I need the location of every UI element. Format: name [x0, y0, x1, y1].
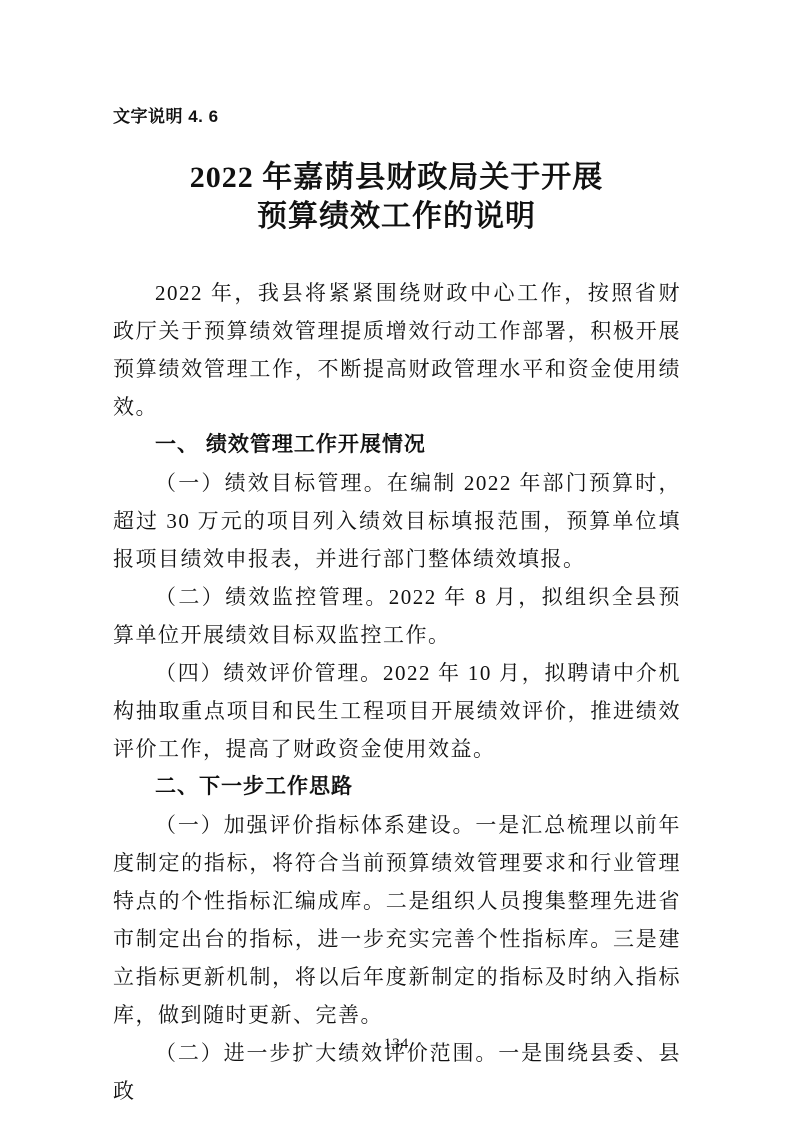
document-title: 2022 年嘉荫县财政局关于开展 预算绩效工作的说明	[0, 158, 793, 236]
body-paragraph: （二）绩效监控管理。2022 年 8 月，拟组织全县预算单位开展绩效目标双监控工…	[113, 578, 681, 654]
figure-label: 文字说明 4. 6	[113, 102, 219, 127]
body-paragraph: （四）绩效评价管理。2022 年 10 月，拟聘请中介机构抽取重点项目和民生工程…	[113, 654, 681, 768]
section-heading: 一、 绩效管理工作开展情况	[113, 426, 681, 464]
document-body: 2022 年，我县将紧紧围绕财政中心工作，按照省财政厅关于预算绩效管理提质增效行…	[113, 274, 681, 1110]
page-number: 134	[0, 1036, 793, 1053]
title-line-1: 2022 年嘉荫县财政局关于开展	[0, 158, 793, 197]
title-line-2: 预算绩效工作的说明	[0, 197, 793, 236]
body-paragraph: （一）加强评价指标体系建设。一是汇总梳理以前年度制定的指标，将符合当前预算绩效管…	[113, 806, 681, 1034]
body-paragraph: （一）绩效目标管理。在编制 2022 年部门预算时，超过 30 万元的项目列入绩…	[113, 464, 681, 578]
document-page: 文字说明 4. 6 2022 年嘉荫县财政局关于开展 预算绩效工作的说明 202…	[0, 0, 793, 1122]
section-heading: 二、下一步工作思路	[113, 768, 681, 806]
body-paragraph: 2022 年，我县将紧紧围绕财政中心工作，按照省财政厅关于预算绩效管理提质增效行…	[113, 274, 681, 426]
